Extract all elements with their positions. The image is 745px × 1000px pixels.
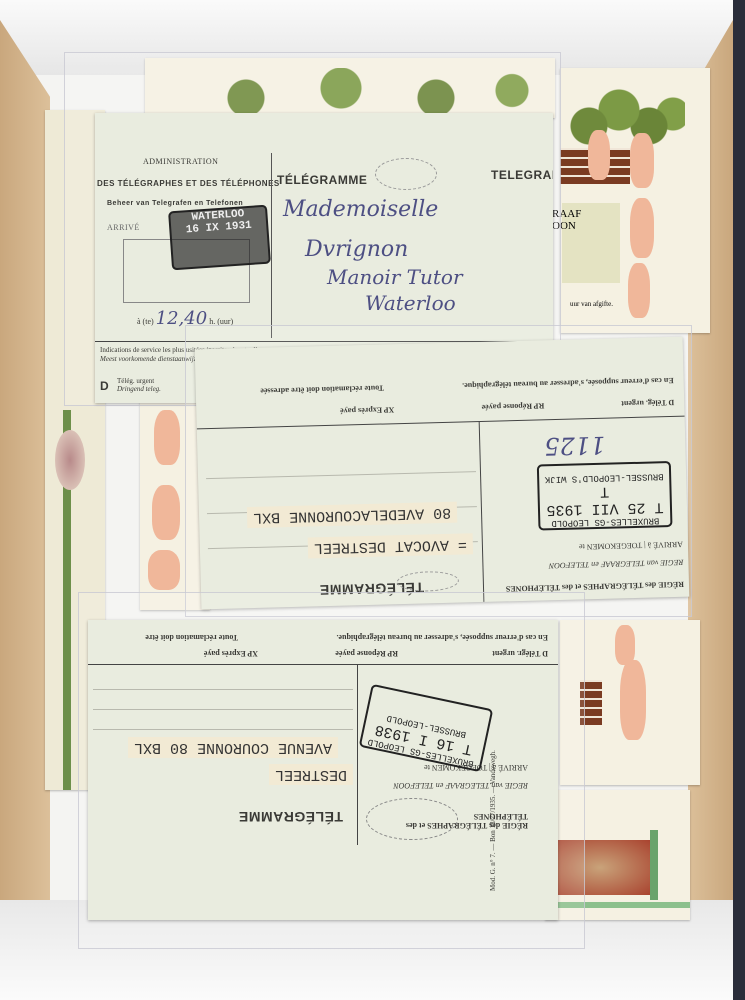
form-line [93, 729, 353, 730]
code-d-desc: Télég. urgent Dringend teleg. [117, 377, 161, 393]
handwritten-number: 1125 [544, 431, 606, 461]
flower-illustration [55, 430, 85, 490]
divider [479, 422, 485, 602]
illustrated-card-right: RAAF OON uur van afgifte. [560, 68, 710, 333]
arrive-label: ARRIVÉ à | TOEGEKOMEN te [579, 540, 683, 552]
header-administration: ADMINISTRATION [143, 157, 218, 166]
handwritten-recipient: Mademoiselle [283, 197, 438, 222]
regie-nl-text: REGIE van TELEGRAAF en TELEFOON [393, 781, 528, 790]
cherub-illustration [628, 263, 650, 318]
regie-text: RÉGIE des TÉLÉGRAPHES et des TÉLÉPHONES [378, 812, 528, 830]
code-xp: XP Exprès payé [204, 649, 258, 658]
postmark-brussel-1935: BRUXELLES-GS LEOPOLD T 25 VII 1935 T BRU… [537, 461, 673, 530]
divider [88, 664, 558, 665]
handwritten-name: Dvrignon [305, 237, 408, 262]
title-telegramme: TÉLÉGRAMME [238, 809, 343, 825]
code-rp: RP Réponse payée [335, 649, 398, 658]
cherub-illustration [615, 625, 635, 665]
cherub-illustration [620, 660, 646, 740]
cherub-illustration [148, 550, 180, 590]
coat-of-arms-icon [375, 158, 437, 190]
erreur-text: En cas d'erreur supposée, s'adresser au … [462, 376, 674, 391]
header-fr: DES TÉLÉGRAPHES ET DES TÉLÉPHONES [97, 179, 280, 188]
tape-recipient: DESTREEL [269, 764, 353, 785]
reclamation-text: Toute réclamation doit être [145, 633, 238, 642]
header-nl: Beheer van Telegrafen en Telefonen [107, 200, 243, 207]
code-d: D Télég. urgent [621, 398, 674, 408]
cherub-illustration [630, 133, 654, 188]
divider [357, 665, 358, 845]
tape-address: 80 AVEDELACOURONNE BXL [247, 502, 458, 528]
tape-recipient: = AVOCAT DESTREEL [308, 533, 474, 558]
form-line [206, 471, 476, 479]
coat-of-arms-icon [397, 571, 460, 593]
handwritten-city: Waterloo [365, 291, 456, 315]
code-d: D Télégr. urgent [492, 649, 548, 658]
box-dark-edge [733, 0, 745, 1000]
reclamation-text: Toute réclamation doit être adressée [260, 383, 384, 395]
upside-down-form: TÉLÉGRAMME RÉGIE des TÉLÉGRAPHES et des … [88, 620, 558, 920]
regie-nl-text: REGIE van TELEGRAAF en TELEFOON [549, 558, 684, 571]
upside-down-form: TÉLÉGRAMME RÉGIE des TÉLÉGRAPHES et des … [195, 337, 690, 610]
tape-address: AVENUE COURONNE 80 BXL [128, 737, 338, 758]
erreur-text: En cas d'erreur supposée, s'adresser au … [337, 633, 549, 642]
title-telegramme: TÉLÉGRAMME [277, 173, 367, 187]
telegram-1938: TÉLÉGRAMME RÉGIE des TÉLÉGRAPHES et des … [88, 620, 558, 920]
foliage-illustration [565, 78, 685, 158]
form-line [93, 689, 353, 690]
divider [271, 153, 272, 338]
title-telegram: TELEGRAM [491, 168, 553, 182]
side-print-text: Mod. G. n° 7. — Bon 18/27/1935. — Vandew… [489, 641, 497, 891]
cherub-illustration [152, 485, 180, 540]
card-footer-text: uur van afgifte. [570, 300, 613, 308]
code-rp: RP Réponse payée [482, 401, 545, 412]
postmark-brussel-1938: BRUXELLES-GS LEOPOLD T 16 I 1938 BRUSSEL… [359, 684, 494, 772]
divider [197, 416, 685, 430]
form-line [93, 709, 353, 710]
cherub-illustration [630, 198, 654, 258]
code-d: D [100, 379, 109, 393]
postmark-waterloo: WATERLOO 16 IX 1931 [168, 205, 271, 271]
cherub-illustration [588, 130, 610, 180]
code-xp: XP Exprès payé [340, 405, 394, 415]
box-left-wall [0, 20, 50, 980]
arrive-label: ARRIVÉ [107, 223, 140, 232]
telegram-1935: TÉLÉGRAMME RÉGIE des TÉLÉGRAPHES et des … [195, 337, 690, 610]
handwritten-address: Manoir Tutor [327, 265, 463, 289]
green-pillar [650, 830, 658, 900]
cherub-illustration [154, 410, 180, 465]
